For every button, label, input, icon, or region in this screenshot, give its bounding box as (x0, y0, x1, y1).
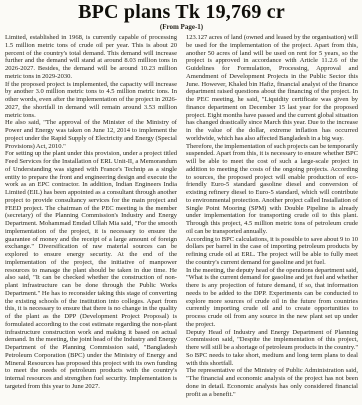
article-paragraph: For setting up the plant under this prov… (5, 150, 177, 390)
article-paragraph: Limited, established in 1968, is current… (5, 34, 177, 81)
article-paragraph: Therefore, the implementation of such pr… (186, 143, 358, 236)
continuation-note: (From Page-1) (5, 23, 358, 31)
article-paragraph: If the proposed project is implemented, … (5, 81, 177, 120)
article-body-columns: Limited, established in 1968, is current… (5, 34, 358, 405)
article-paragraph: The representative of the Ministry of Pu… (186, 367, 358, 398)
article-paragraph: In the meeting, the deputy head of the o… (186, 267, 358, 329)
article-paragraph: Deputy Head of Industry and Energy Depar… (186, 329, 358, 368)
article-paragraph: He also said, "The approval of the Minis… (5, 119, 177, 150)
newspaper-article-page: BPC plans Tk 19,769 cr (From Page-1) Lim… (0, 0, 362, 405)
article-paragraph: According to BPC calculations, it is pos… (186, 236, 358, 267)
article-headline: BPC plans Tk 19,769 cr (5, 2, 358, 23)
article-paragraph: 123.127 acres of land (owned and leased … (186, 34, 358, 143)
